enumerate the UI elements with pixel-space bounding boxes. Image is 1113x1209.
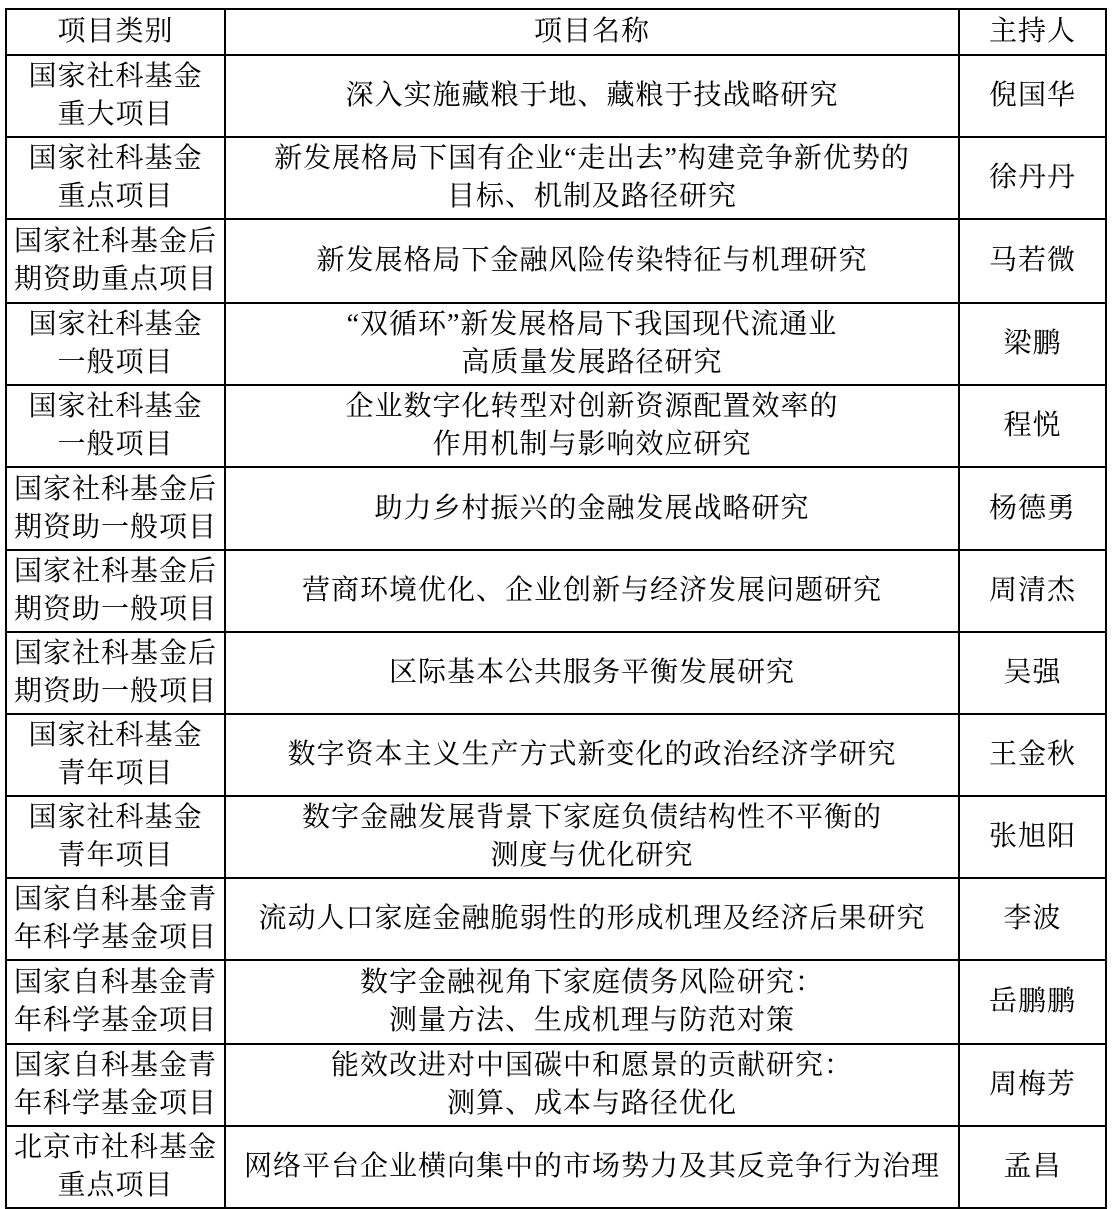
table-row: 北京市社科基金 重点项目 网络平台企业横向集中的市场势力及其反竞争行为治理 孟昌 [6, 1126, 1106, 1208]
project-name-cell: “双循环”新发展格局下我国现代流通业 高质量发展路径研究 [225, 303, 959, 385]
header-project-name: 项目名称 [225, 9, 959, 55]
table-row: 国家社科基金后 期资助一般项目 营商环境优化、企业创新与经济发展问题研究 周清杰 [6, 550, 1106, 632]
table-row: 国家社科基金 青年项目 数字金融发展背景下家庭负债结构性不平衡的 测度与优化研究… [6, 796, 1106, 878]
project-name-cell: 企业数字化转型对创新资源配置效率的 作用机制与影响效应研究 [225, 385, 959, 467]
category-cell: 国家社科基金 一般项目 [6, 303, 225, 385]
project-name-cell: 数字金融视角下家庭债务风险研究： 测量方法、生成机理与防范对策 [225, 960, 959, 1044]
table-row: 国家社科基金 一般项目 企业数字化转型对创新资源配置效率的 作用机制与影响效应研… [6, 385, 1106, 467]
pi-cell: 吴强 [959, 632, 1106, 714]
header-category: 项目类别 [6, 9, 225, 55]
project-name-cell: 深入实施藏粮于地、藏粮于技战略研究 [225, 55, 959, 137]
category-cell: 国家社科基金后 期资助重点项目 [6, 219, 225, 303]
table-row: 国家自科基金青 年科学基金项目 流动人口家庭金融脆弱性的形成机理及经济后果研究 … [6, 878, 1106, 960]
table-row: 国家社科基金 重点项目 新发展格局下国有企业“走出去”构建竞争新优势的 目标、机… [6, 137, 1106, 219]
category-cell: 国家社科基金后 期资助一般项目 [6, 632, 225, 714]
pi-cell: 倪国华 [959, 55, 1106, 137]
pi-cell: 张旭阳 [959, 796, 1106, 878]
project-name-cell: 数字资本主义生产方式新变化的政治经济学研究 [225, 714, 959, 796]
project-name-cell: 区际基本公共服务平衡发展研究 [225, 632, 959, 714]
pi-cell: 王金秋 [959, 714, 1106, 796]
category-cell: 国家自科基金青 年科学基金项目 [6, 1044, 225, 1126]
category-cell: 国家社科基金 重点项目 [6, 137, 225, 219]
table-row: 国家社科基金后 期资助重点项目 新发展格局下金融风险传染特征与机理研究 马若微 [6, 219, 1106, 303]
project-name-cell: 营商环境优化、企业创新与经济发展问题研究 [225, 550, 959, 632]
project-name-cell: 流动人口家庭金融脆弱性的形成机理及经济后果研究 [225, 878, 959, 960]
project-name-cell: 助力乡村振兴的金融发展战略研究 [225, 467, 959, 550]
document-page: 项目类别 项目名称 主持人 国家社科基金 重大项目 深入实施藏粮于地、藏粮于技战… [0, 0, 1113, 1202]
category-cell: 北京市社科基金 重点项目 [6, 1126, 225, 1208]
table-row: 国家自科基金青 年科学基金项目 能效改进对中国碳中和愿景的贡献研究： 测算、成本… [6, 1044, 1106, 1126]
category-cell: 国家社科基金 重大项目 [6, 55, 225, 137]
pi-cell: 徐丹丹 [959, 137, 1106, 219]
pi-cell: 孟昌 [959, 1126, 1106, 1208]
pi-cell: 马若微 [959, 219, 1106, 303]
header-pi: 主持人 [959, 9, 1106, 55]
table-row: 国家社科基金后 期资助一般项目 助力乡村振兴的金融发展战略研究 杨德勇 [6, 467, 1106, 550]
category-cell: 国家自科基金青 年科学基金项目 [6, 878, 225, 960]
category-cell: 国家社科基金 青年项目 [6, 714, 225, 796]
pi-cell: 李波 [959, 878, 1106, 960]
pi-cell: 杨德勇 [959, 467, 1106, 550]
table-row: 国家社科基金 一般项目 “双循环”新发展格局下我国现代流通业 高质量发展路径研究… [6, 303, 1106, 385]
project-name-cell: 新发展格局下金融风险传染特征与机理研究 [225, 219, 959, 303]
category-cell: 国家社科基金后 期资助一般项目 [6, 467, 225, 550]
category-cell: 国家社科基金 青年项目 [6, 796, 225, 878]
pi-cell: 周清杰 [959, 550, 1106, 632]
table-row: 国家社科基金 青年项目 数字资本主义生产方式新变化的政治经济学研究 王金秋 [6, 714, 1106, 796]
category-cell: 国家自科基金青 年科学基金项目 [6, 960, 225, 1044]
pi-cell: 岳鹏鹏 [959, 960, 1106, 1044]
category-cell: 国家社科基金 一般项目 [6, 385, 225, 467]
table-row: 国家社科基金后 期资助一般项目 区际基本公共服务平衡发展研究 吴强 [6, 632, 1106, 714]
table-row: 国家自科基金青 年科学基金项目 数字金融视角下家庭债务风险研究： 测量方法、生成… [6, 960, 1106, 1044]
table-header-row: 项目类别 项目名称 主持人 [6, 9, 1106, 55]
project-name-cell: 新发展格局下国有企业“走出去”构建竞争新优势的 目标、机制及路径研究 [225, 137, 959, 219]
pi-cell: 梁鹏 [959, 303, 1106, 385]
project-name-cell: 能效改进对中国碳中和愿景的贡献研究： 测算、成本与路径优化 [225, 1044, 959, 1126]
project-name-cell: 数字金融发展背景下家庭负债结构性不平衡的 测度与优化研究 [225, 796, 959, 878]
project-table: 项目类别 项目名称 主持人 国家社科基金 重大项目 深入实施藏粮于地、藏粮于技战… [5, 8, 1107, 1209]
table-row: 国家社科基金 重大项目 深入实施藏粮于地、藏粮于技战略研究 倪国华 [6, 55, 1106, 137]
pi-cell: 周梅芳 [959, 1044, 1106, 1126]
pi-cell: 程悦 [959, 385, 1106, 467]
category-cell: 国家社科基金后 期资助一般项目 [6, 550, 225, 632]
project-name-cell: 网络平台企业横向集中的市场势力及其反竞争行为治理 [225, 1126, 959, 1208]
